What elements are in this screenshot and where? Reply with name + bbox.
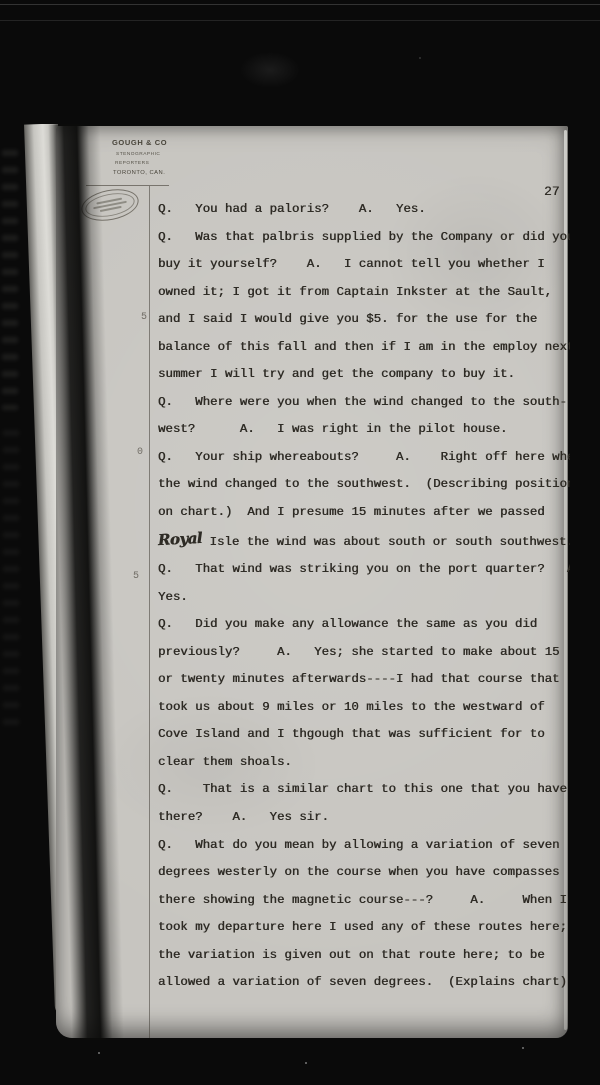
left-margin-rule (149, 186, 150, 1038)
dust-speck (419, 57, 421, 59)
letterhead-line: STENOGRAPHIC (116, 152, 160, 157)
transcript-line: Q. Was that palbris supplied by the Comp… (158, 224, 570, 252)
transcript-line: buy it yourself? A. I cannot tell you wh… (158, 251, 570, 279)
handwritten-correction: Royal (157, 524, 202, 554)
transcript-line: Royal Isle the wind was about south or s… (158, 527, 570, 557)
transcript-line: there showing the magnetic course---? A.… (158, 887, 570, 915)
transcript-line: Q. Did you make any allowance the same a… (158, 611, 570, 639)
dust-speck (305, 1062, 307, 1064)
dust-speck (522, 1047, 524, 1049)
transcript-line: balance of this fall and then if I am in… (158, 334, 570, 362)
transcript-line: the variation is given out on that route… (158, 942, 570, 970)
transcript-line: Q. What do you mean by allowing a variat… (158, 832, 570, 860)
transcript-line: clear them shoals. (158, 749, 570, 777)
transcript-line: took my departure here I used any of the… (158, 914, 570, 942)
film-scratch (0, 4, 600, 5)
margin-line-number: 5 (133, 571, 139, 582)
transcript-line: Q. That is a similar chart to this one t… (158, 776, 570, 804)
transcript-line: Q. Where were you when the wind changed … (158, 389, 570, 417)
transcript-line: previously? A. Yes; she started to make … (158, 639, 570, 667)
dust-speck (98, 1052, 100, 1054)
transcript-line: on chart.) And I presume 15 minutes afte… (158, 499, 570, 527)
transcript-line: Yes. (158, 584, 570, 612)
film-blemish (240, 52, 300, 88)
letterhead-city: TORONTO, CAN. (113, 170, 165, 176)
transcript-line: and I said I would give you $5. for the … (158, 306, 570, 334)
letterhead-line: REPORTERS (115, 161, 149, 166)
transcript-line: allowed a variation of seven degrees. (E… (158, 969, 570, 997)
transcript-line: west? A. I was right in the pilot house. (158, 416, 570, 444)
transcript-line: degrees westerly on the course when you … (158, 859, 570, 887)
transcript-line: the wind changed to the southwest. (Desc… (158, 471, 570, 499)
margin-line-number: 0 (137, 447, 143, 458)
transcript-line: there? A. Yes sir. (158, 804, 570, 832)
transcript-line: owned it; I got it from Captain Inkster … (158, 279, 570, 307)
transcript-line: summer I will try and get the company to… (158, 361, 570, 389)
document-page: GOUGH & CO STENOGRAPHIC REPORTERS TORONT… (56, 126, 568, 1038)
scanned-page-photo: GOUGH & CO STENOGRAPHIC REPORTERS TORONT… (20, 124, 570, 1040)
transcript-line: Q. That wind was striking you on the por… (158, 556, 570, 584)
film-scratch (0, 20, 600, 21)
transcript-line: took us about 9 miles or 10 miles to the… (158, 694, 570, 722)
transcript-line: Q. Your ship whereabouts? A. Right off h… (158, 444, 570, 472)
transcript-line: Cove Island and I thgough that was suffi… (158, 721, 570, 749)
letterhead-company-name: GOUGH & CO (112, 138, 167, 147)
ghost-print-left-margin (3, 430, 19, 730)
margin-line-number: 5 (141, 312, 147, 323)
transcript-line: Q. You had a paloris? A. Yes. (158, 196, 570, 224)
ghost-print-left-margin (2, 150, 18, 410)
transcript-line: or twenty minutes afterwards----I had th… (158, 666, 570, 694)
transcript: Q. You had a paloris? A. Yes.Q. Was that… (158, 196, 570, 997)
film-scan-frame: GOUGH & CO STENOGRAPHIC REPORTERS TORONT… (0, 0, 600, 1085)
